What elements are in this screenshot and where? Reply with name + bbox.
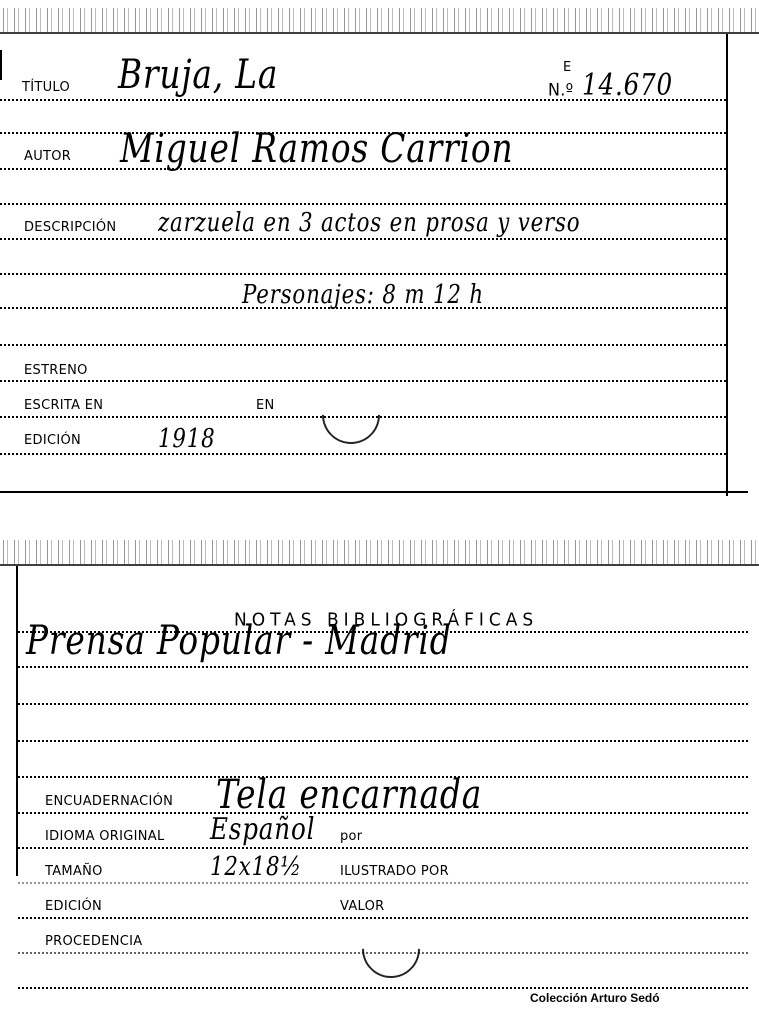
rule-personajes: [0, 307, 726, 309]
field-label-procedencia: PROCEDENCIA: [45, 934, 142, 950]
rule-bottom: [18, 987, 748, 989]
field-label-ilustrado-por: ILUSTRADO POR: [340, 864, 449, 880]
field-value-descripcion: zarzuela en 3 actos en prosa y verso: [158, 208, 580, 238]
rule-above-personajes: [0, 273, 726, 275]
field-label-en: EN: [256, 398, 275, 414]
stamp-mark: [310, 374, 392, 456]
card-left-border: [16, 566, 18, 876]
scan-noise-band: [0, 540, 759, 566]
field-label-edicion: EDICIÓN: [45, 899, 102, 915]
rule-above-estreno: [0, 344, 726, 346]
scan-noise-band: [0, 8, 759, 34]
field-label-por: por: [340, 829, 362, 845]
rule-descripcion: [0, 238, 726, 240]
field-label-valor: VALOR: [340, 899, 385, 915]
field-prefix-numero: E: [563, 60, 572, 76]
card-left-mark: [0, 50, 2, 80]
field-value-titulo: Bruja, La: [118, 52, 278, 98]
collection-credit: Colección Arturo Sedó: [530, 991, 660, 1005]
field-label-edicion: EDICIÓN: [24, 433, 81, 449]
field-label-autor: AUTOR: [24, 149, 71, 165]
field-value-numero: 14.670: [582, 68, 673, 103]
rule-titulo: [0, 99, 726, 101]
field-label-encuadernacion: ENCUADERNACIÓN: [45, 794, 173, 810]
field-value-edicion: 1918: [158, 424, 216, 454]
field-label-descripcion: DESCRIPCIÓN: [24, 220, 116, 236]
notes-line-1: Prensa Popular - Madrid: [26, 618, 452, 664]
rule-above-autor: [0, 132, 726, 134]
stamp-mark: [350, 908, 432, 990]
rule-notes-2: [18, 666, 748, 668]
rule-notes-3: [18, 703, 748, 705]
field-label-numero: N.º: [548, 80, 574, 100]
field-value-descripcion-line2: Personajes: 8 m 12 h: [242, 280, 484, 310]
field-label-tamano: TAMAÑO: [45, 864, 103, 880]
rule-tamano: [18, 882, 748, 884]
field-label-estreno: ESTRENO: [24, 363, 88, 379]
rule-idioma: [18, 847, 748, 849]
field-value-idioma-original: Español: [210, 812, 315, 847]
field-value-tamano: 12x18½: [210, 852, 302, 882]
card-front-bottom-edge: [0, 491, 748, 493]
rule-edicion: [0, 453, 726, 455]
rule-notes-4: [18, 740, 748, 742]
field-label-idioma-original: IDIOMA ORIGINAL: [45, 829, 165, 845]
rule-estreno: [0, 380, 726, 382]
card-right-border: [726, 34, 728, 496]
rule-autor: [0, 168, 726, 170]
rule-encuadernacion: [18, 812, 748, 814]
rule-above-descripcion: [0, 203, 726, 205]
field-label-titulo: TÍTULO: [22, 80, 70, 96]
rule-edicion: [18, 917, 748, 919]
field-label-escrita-en: ESCRITA EN: [24, 398, 103, 414]
